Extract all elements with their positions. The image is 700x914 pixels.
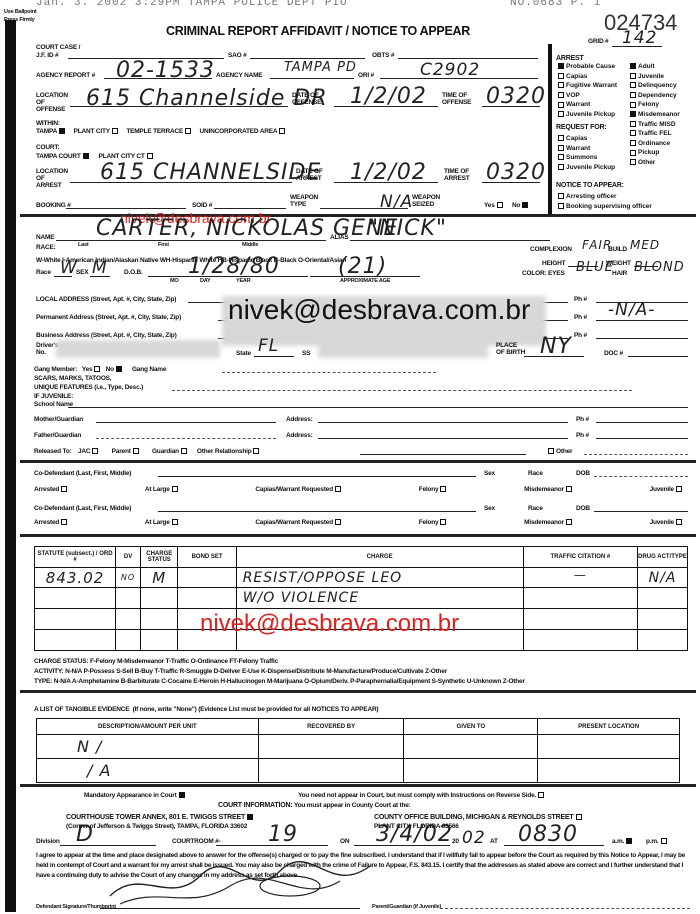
name-label: NAME [36,234,54,241]
request-for-list: Capias Warrant Summons Juvenile Pickup [556,134,615,172]
use-ballpoint-note: Use Ballpoint [4,9,37,15]
doc-label: DOC # [604,350,623,357]
charge-statute[interactable] [35,630,116,651]
evidence-header: GIVEN TO [404,719,538,735]
time-offense-label: TIME OF OFFENSE [442,92,478,106]
fax-header-right: NO.0683 P. 1 [510,0,601,9]
other-relationship-field[interactable] [360,454,526,455]
court-info-row: COURT INFORMATION: You must appear in Co… [218,802,411,809]
arrest-felony[interactable]: Felony [628,100,680,110]
codefendant-2-dob-field[interactable] [594,511,688,512]
evidence-title: A LIST OF TANGIBLE EVIDENCE [34,706,129,713]
codefendant-1-options: Arrested At Large Capias/Warrant Request… [34,486,684,493]
arrest-dependency[interactable]: Dependency [628,91,680,101]
charge-bond[interactable] [178,568,236,588]
evidence-location[interactable] [538,759,680,783]
weapon-seized-no[interactable]: No [512,202,530,209]
charges-header: TRAFFIC CITATION # [523,547,637,568]
section-divider [20,784,696,787]
activity-legend: ACTIVITY: N-N/A P-Possess S-Sell B-Buy T… [34,668,447,675]
pm-option[interactable]: p.m. [646,838,669,845]
cd2-misdemeanor[interactable]: Misdemeanor [524,519,574,526]
signature-scribble-icon[interactable] [100,856,380,912]
arrest-warrant[interactable]: Warrant [556,100,617,110]
arrest-juvenile-pickup[interactable]: Juvenile Pickup [556,110,617,120]
grid-value[interactable]: 142 [622,28,657,48]
evidence-given-to[interactable] [404,735,538,759]
complexion-label: COMPLEXION [530,246,572,253]
codefendant-2-dob: DOB [576,505,590,512]
codefendant-1-dob-field[interactable] [594,476,688,477]
checkbox-icon[interactable] [83,153,89,159]
arrest-probable-cause[interactable]: Probable Cause [556,62,617,72]
charge-row: 843.02 NO M RESIST/OPPOSE LEO — N/A [35,568,688,588]
mother-field[interactable] [96,422,276,423]
codefendant-2-race: Race [528,505,543,512]
codefendant-1-sex: Sex [484,470,495,477]
gang-no[interactable]: No [106,366,124,373]
codefendant-1-dob: DOB [576,470,590,477]
ori-value[interactable]: C2902 [420,60,480,80]
division-label: Division [36,838,60,845]
name-sub-first: First [158,242,169,248]
defendant-signature-label: Defendant Signature/Thumbprint [36,904,116,910]
business-address-label: Business Address (Street, Apt. #, City, … [36,332,177,339]
cd1-misdemeanor[interactable]: Misdemeanor [524,486,574,493]
race-label: RACE: [36,244,56,251]
evidence-row: / A [37,759,680,783]
evidence-row: N / [37,735,680,759]
charge-drug[interactable] [638,630,688,651]
date-offense-label: DATE OF OFFENSE [292,92,328,106]
codefendant-2-sex: Sex [484,505,495,512]
section-divider [20,460,696,463]
arrest-traffic-fel[interactable]: Traffic FEL [628,129,680,139]
sex-label: SEX [76,269,88,276]
charge-bond[interactable] [178,588,236,609]
watermark-medium: nivek@desbrava.com.br [200,610,459,638]
unique-features-field[interactable] [172,390,632,391]
hair-value[interactable]: BLOND [634,260,685,275]
weapon-type-value[interactable]: N/A [380,192,413,212]
mother-address-label: Address: [286,416,313,423]
checkbox-icon[interactable] [59,128,65,134]
court-tampa[interactable]: TAMPA COURT [36,153,91,160]
cd1-felony[interactable]: Felony [419,486,449,493]
court-date-value[interactable]: 3/4/02 [376,822,453,847]
local-phone-label: Ph # [574,296,587,303]
checkbox-icon[interactable] [497,202,503,208]
father-address-label: Address: [286,432,313,439]
charges-header: STATUTE (subsect.) / ORD # [35,547,116,568]
obts-label: OBTS # [372,52,394,59]
father-phone-field[interactable] [596,438,688,439]
juvenile-signature-field[interactable] [440,908,690,909]
form-title: CRIMINAL REPORT AFFIDAVIT / NOTICE TO AP… [166,24,470,38]
alias-value[interactable]: "NICK" [368,216,447,241]
name-sub-last: Last [78,242,89,248]
date-arrest-label: DATE OF ARREST [296,168,332,182]
released-guardian[interactable]: Guardian [152,448,189,455]
defendant-signature-field[interactable] [100,908,360,909]
charge-description[interactable]: W/O VIOLENCE [236,588,523,609]
charges-header: DRUG ACT/TYPE [638,547,688,568]
arrest-capias[interactable]: Capias [556,72,617,82]
permanent-address-label: Permanent Address (Street, Apt. #, City,… [36,314,181,321]
dob-sub-year: YEAR [236,278,250,284]
section-divider [20,690,696,693]
charge-statute[interactable]: 843.02 [35,568,116,588]
released-other[interactable]: Other [546,448,572,455]
request-capias[interactable]: Capias [556,134,615,144]
mother-label: Mother/Guardian [34,416,83,423]
arrest-box-title: ARREST [556,55,584,62]
within-label: WITHIN: [36,120,60,127]
charge-citation[interactable] [523,588,637,609]
sao-field[interactable] [250,58,365,59]
dob-label: D.O.B. [124,269,143,276]
court-label: COURT: [36,144,59,151]
ss-label: SS [302,350,310,357]
charge-status[interactable] [141,588,178,609]
arrest-box-right: Adult Juvenile Delinquency Dependency Fe… [628,62,680,168]
charge-dv[interactable]: NO [116,568,141,588]
codefendant-2-field[interactable] [158,511,476,512]
division-value[interactable]: D [76,822,94,847]
left-binding-bar [5,20,16,912]
checkbox-icon[interactable] [279,128,285,134]
charges-header: BOND SET [178,547,236,568]
checkbox-icon[interactable] [112,128,118,134]
agency-report-value[interactable]: 02-1533 [116,58,215,83]
agency-report-label: AGENCY REPORT # [36,72,95,79]
codefendant-2-options: Arrested At Large Capias/Warrant Request… [34,519,684,526]
type-legend: TYPE: N-N/A A-Amphetamine B-Barbiturate … [34,678,525,685]
dob-sub-day: DAY [200,278,211,284]
court-case-label: COURT CASE / [36,44,80,51]
evidence-given-to[interactable] [404,759,538,783]
on-label: ON [340,838,349,845]
alias-label: ALIAS [330,234,349,241]
ori-label: ORI # [358,72,374,79]
charge-row: W/O VIOLENCE [35,588,688,609]
evidence-note: (If none, write "None") (Evidence List m… [133,706,379,713]
notice-arresting-officer[interactable]: Arresting officer [556,192,652,202]
cd2-at-large[interactable]: At Large [145,519,180,526]
codefendant-1-label: Co-Defendant (Last, First, Middle) [34,470,131,477]
height-label: HEIGHT [542,260,565,267]
doc-field[interactable] [628,356,688,357]
courthouse-option[interactable]: COURTHOUSE TOWER ANNEX, 801 E. TWIGGS ST… [66,814,255,821]
cd2-arrested[interactable]: Arrested [34,519,69,526]
arrest-juvenile[interactable]: Juvenile [628,72,680,82]
hair-label: HAIR [612,270,627,277]
arrest-adult[interactable]: Adult [628,62,680,72]
cd1-arrested[interactable]: Arrested [34,486,69,493]
cd1-at-large[interactable]: At Large [145,486,180,493]
arrest-fugitive-warrant[interactable]: Fugitive Warrant [556,81,617,91]
if-juvenile-label: IF JUVENILE: [34,393,73,400]
weapon-type-label: WEAPON TYPE [290,194,320,208]
request-summons[interactable]: Summons [556,153,615,163]
scars-label: SCARS, MARKS, TATOOS, [34,375,111,382]
obts-field[interactable] [398,58,538,59]
evidence-recovered-by[interactable] [258,735,404,759]
within-tampa[interactable]: TAMPA [36,128,67,135]
booking-field[interactable] [66,208,186,209]
dob-sub-mo: MO [170,278,178,284]
charge-drug[interactable] [638,588,688,609]
drivers-redaction [56,340,220,358]
not-appear-option[interactable]: You need not appear in Court, but must c… [298,792,546,799]
evidence-header: PRESENT LOCATION [538,719,680,735]
state-value[interactable]: FL [258,336,279,356]
charges-header: DV [116,547,141,568]
charge-drug[interactable] [638,609,688,630]
request-juvenile-pickup[interactable]: Juvenile Pickup [556,163,615,173]
juvenile-signature-label: Parent/Guardian (if Juvenile) [372,904,441,910]
within-options: TAMPA PLANT CITY TEMPLE TERRACE UNINCORP… [36,128,287,135]
charge-status[interactable] [141,609,178,630]
charge-statute[interactable] [35,609,116,630]
evidence-table: DESCRIPTION/AMOUNT PER UNIT RECOVERED BY… [36,718,680,783]
codefendant-1-race: Race [528,470,543,477]
permanent-phone-label: Ph # [574,314,587,321]
arrest-box-left: Probable Cause Capias Fugitive Warrant V… [556,62,617,120]
codefendant-1-field[interactable] [158,476,476,477]
checkbox-icon[interactable] [147,153,153,159]
charge-dv[interactable] [116,609,141,630]
agency-name-value[interactable]: TAMPA PD [284,60,357,75]
charge-statute[interactable] [35,588,116,609]
agency-name-label: AGENCY NAME [216,72,262,79]
year-value[interactable]: 02 [462,828,486,848]
within-temple-terrace[interactable]: TEMPLE TERRACE [126,128,193,135]
charge-citation[interactable]: — [523,568,637,588]
eyes-label: COLOR: EYES [522,270,565,277]
charge-citation[interactable] [523,609,637,630]
weapon-seized-label: WEAPON SEIZED [412,194,442,208]
courtroom-value[interactable]: 19 [268,822,298,847]
evidence-title-row: A LIST OF TANGIBLE EVIDENCE (If none, wr… [34,706,378,713]
evidence-description[interactable]: N / [37,735,259,759]
time-arrest-label: TIME OF ARREST [444,168,480,182]
charge-status[interactable]: M [141,568,178,588]
location-arrest-label: LOCATION OF ARREST [36,168,68,189]
within-unincorporated[interactable]: UNINCORPORATED AREA [200,128,288,135]
section-divider [20,534,696,537]
request-warrant[interactable]: Warrant [556,144,615,154]
gang-member-row: Gang Member: Yes No Gang Name [34,366,166,373]
court-time-value[interactable]: 0830 [518,822,578,847]
gang-name-field[interactable] [222,372,436,373]
state-label: State [236,350,251,357]
sex-value[interactable]: M [92,258,108,278]
school-name-field[interactable] [68,407,688,408]
evidence-location[interactable] [538,735,680,759]
year-prefix: 20 [452,838,459,845]
within-plant-city[interactable]: PLANT CITY [74,128,120,135]
jf-id-label: J.F. ID # [36,52,58,59]
build-value[interactable]: MED [630,238,660,252]
checkbox-icon[interactable] [522,202,528,208]
notice-booking-officer[interactable]: Booking supervising officer [556,202,652,212]
mother-phone-field[interactable] [596,422,688,423]
eyes-value[interactable]: BLUE [576,260,614,275]
request-for-title: REQUEST FOR: [556,124,607,131]
charge-description[interactable]: RESIST/OPPOSE LEO [236,568,523,588]
released-jac[interactable]: JAC [78,448,100,455]
gang-yes[interactable]: Yes [82,366,103,373]
notice-to-appear-title: NOTICE TO APPEAR: [556,182,624,189]
arrest-other[interactable]: Other [628,158,680,168]
arrest-box-divider [548,44,552,216]
mandatory-appearance[interactable]: Mandatory Appearance in Court [84,792,187,799]
charge-dv[interactable] [116,630,141,651]
released-parent[interactable]: Parent [112,448,141,455]
court-plant-city[interactable]: PLANT CITY CT [99,153,155,160]
charges-header: CHARGE STATUS [141,547,178,568]
arrest-ordinance[interactable]: Ordinance [628,139,680,149]
arrest-misdemeanor[interactable]: Misdemeanor [628,110,680,120]
cd2-juvenile[interactable]: Juvenile [650,519,684,526]
cd1-juvenile[interactable]: Juvenile [650,486,684,493]
build-label: BUILD [608,246,627,253]
released-other-relationship[interactable]: Other Relationship [197,448,262,455]
race-field-label: Race [36,269,51,276]
cd2-capias[interactable]: Capias/Warrant Requested [255,519,343,526]
unique-features-label: UNIQUE FEATURES (i.e., Type, Desc.) [34,384,143,391]
grid-label: GRID # [588,38,608,45]
age-sub: APPROXIMATE AGE [340,278,390,284]
mother-address-field[interactable] [318,422,568,423]
evidence-description[interactable]: / A [37,759,259,783]
business-phone-field[interactable] [596,338,688,339]
name-value[interactable]: CARTER, NICKOLAS GENE [96,216,398,241]
released-other-field[interactable] [584,454,688,455]
business-phone-label: Ph # [574,332,587,339]
father-address-field[interactable] [318,438,568,439]
soid-field[interactable] [214,208,286,209]
arrest-delinquency[interactable]: Delinquency [628,81,680,91]
permanent-phone-value[interactable]: -N/A- [608,300,655,320]
father-field[interactable] [96,438,276,439]
evidence-recovered-by[interactable] [258,759,404,783]
checkbox-icon[interactable] [185,128,191,134]
evidence-header: DESCRIPTION/AMOUNT PER UNIT [37,719,259,735]
evidence-header: RECOVERED BY [258,719,404,735]
released-to-row: Released To: JAC Parent Guardian Other R… [34,448,261,455]
charge-status-legend: CHARGE STATUS: F-Felony M-Misdemeanor T-… [34,658,278,665]
watermark-large: nivek@desbrava.com.br [228,294,530,326]
county-office-option[interactable]: COUNTY OFFICE BUILDING, MICHIGAN & REYNO… [374,814,584,821]
arrest-vop[interactable]: VOP [556,91,617,101]
father-label: Father/Guardian [34,432,81,439]
fax-header-left: Jan. 3. 2002 3:29PM TAMPA POLICE DEPT PI… [36,0,348,9]
charge-drug[interactable]: N/A [638,568,688,588]
mother-phone-label: Ph # [576,416,589,423]
cd2-felony[interactable]: Felony [419,519,449,526]
charges-header: CHARGE [236,547,523,568]
codefendant-2-label: Co-Defendant (Last, First, Middle) [34,505,131,512]
father-phone-label: Ph # [576,432,589,439]
location-offense-label: LOCATION OF OFFENSE [36,92,68,113]
charge-citation[interactable] [523,630,637,651]
name-sub-middle: Middle [242,242,258,248]
at-label: AT [490,838,498,845]
am-option[interactable]: a.m. [612,838,634,845]
courtroom-label: COURTROOM #- [172,838,221,845]
local-address-label: LOCAL ADDRESS (Street, Apt. #, City, Sta… [36,296,176,303]
soid-label: SOID # [192,202,212,209]
ss-redaction [318,340,488,358]
place-of-birth-label: PLACE OF BIRTH [496,342,526,356]
weapon-seized-yes[interactable]: Yes [484,202,505,209]
charge-dv[interactable] [116,588,141,609]
sao-label: SAO # [228,52,247,59]
court-options: TAMPA COURT PLANT CITY CT [36,153,155,160]
charge-status[interactable] [141,630,178,651]
arrest-pickup[interactable]: Pickup [628,148,680,158]
press-firmly-note: Press Firmly [4,17,35,23]
arrest-traffic-misd[interactable]: Traffic MISD [628,120,680,130]
cd1-capias[interactable]: Capias/Warrant Requested [255,486,343,493]
notice-list: Arresting officer Booking supervising of… [556,192,652,211]
